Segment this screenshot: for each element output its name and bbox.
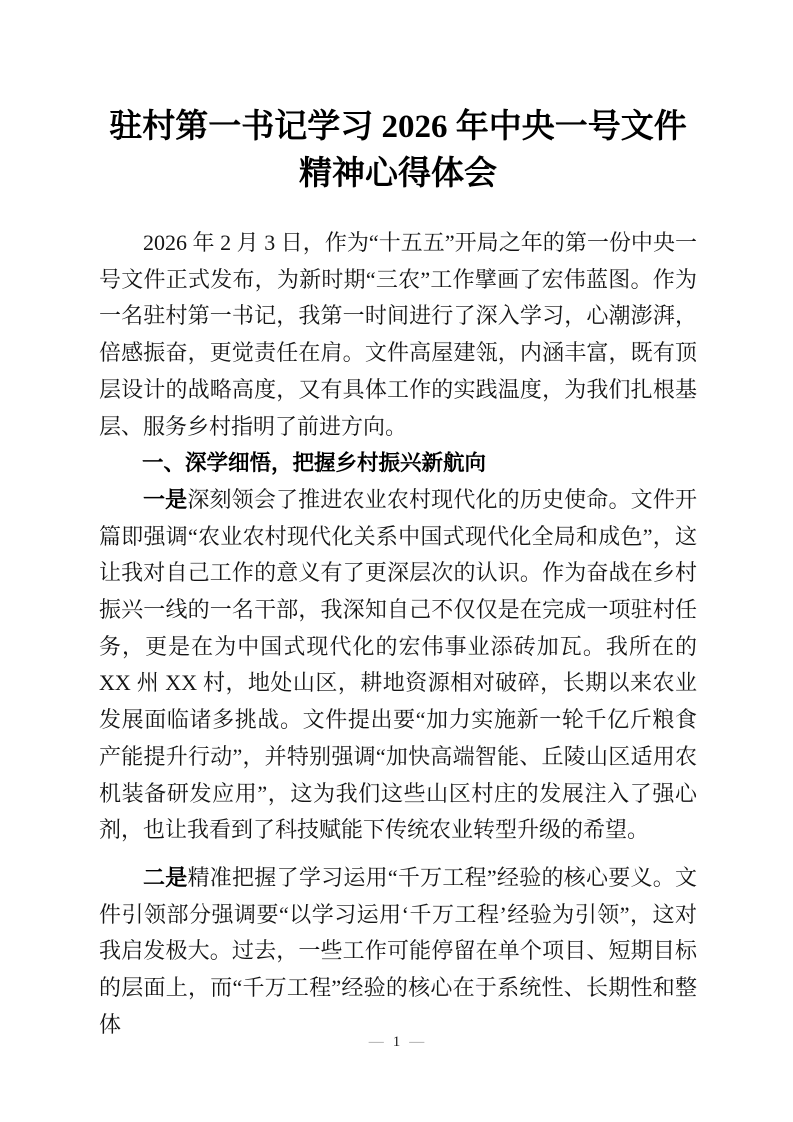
paragraph-point-2-text: 精准把握了学习运用“千万工程”经验的核心要义。文件引领部分强调要“以学习运用‘千… [99,865,697,1037]
document-page: 驻村第一书记学习 2026 年中央一号文件 精神心得体会 2026 年 2 月 … [0,0,793,1122]
document-title: 驻村第一书记学习 2026 年中央一号文件 精神心得体会 [99,104,697,198]
footer-dash-left: — [369,1034,384,1050]
document-body: 2026 年 2 月 3 日，作为“十五五”开局之年的第一份中央一号文件正式发布… [99,225,697,1043]
paragraph-point-2: 二是精准把握了学习运用“千万工程”经验的核心要义。文件引领部分强调要“以学习运用… [99,860,697,1044]
paragraph-point-1: 一是深刻领会了推进农业农村现代化的历史使命。文件开篇即强调“农业农村现代化关系中… [99,482,697,849]
page-footer: —1— [0,1031,793,1053]
footer-dash-right: — [409,1034,424,1050]
document-title-line-2: 精神心得体会 [99,151,697,198]
paragraph-point-1-text: 深刻领会了推进农业农村现代化的历史使命。文件开篇即强调“农业农村现代化关系中国式… [99,487,697,842]
paragraph-intro: 2026 年 2 月 3 日，作为“十五五”开局之年的第一份中央一号文件正式发布… [99,225,697,445]
page-number: 1 [393,1034,401,1050]
section-heading-1: 一、深学细悟，把握乡村振兴新航向 [99,445,697,482]
paragraph-point-1-lead: 一是 [143,487,187,512]
paragraph-point-2-lead: 二是 [143,865,188,890]
document-title-line-1: 驻村第一书记学习 2026 年中央一号文件 [99,104,697,151]
